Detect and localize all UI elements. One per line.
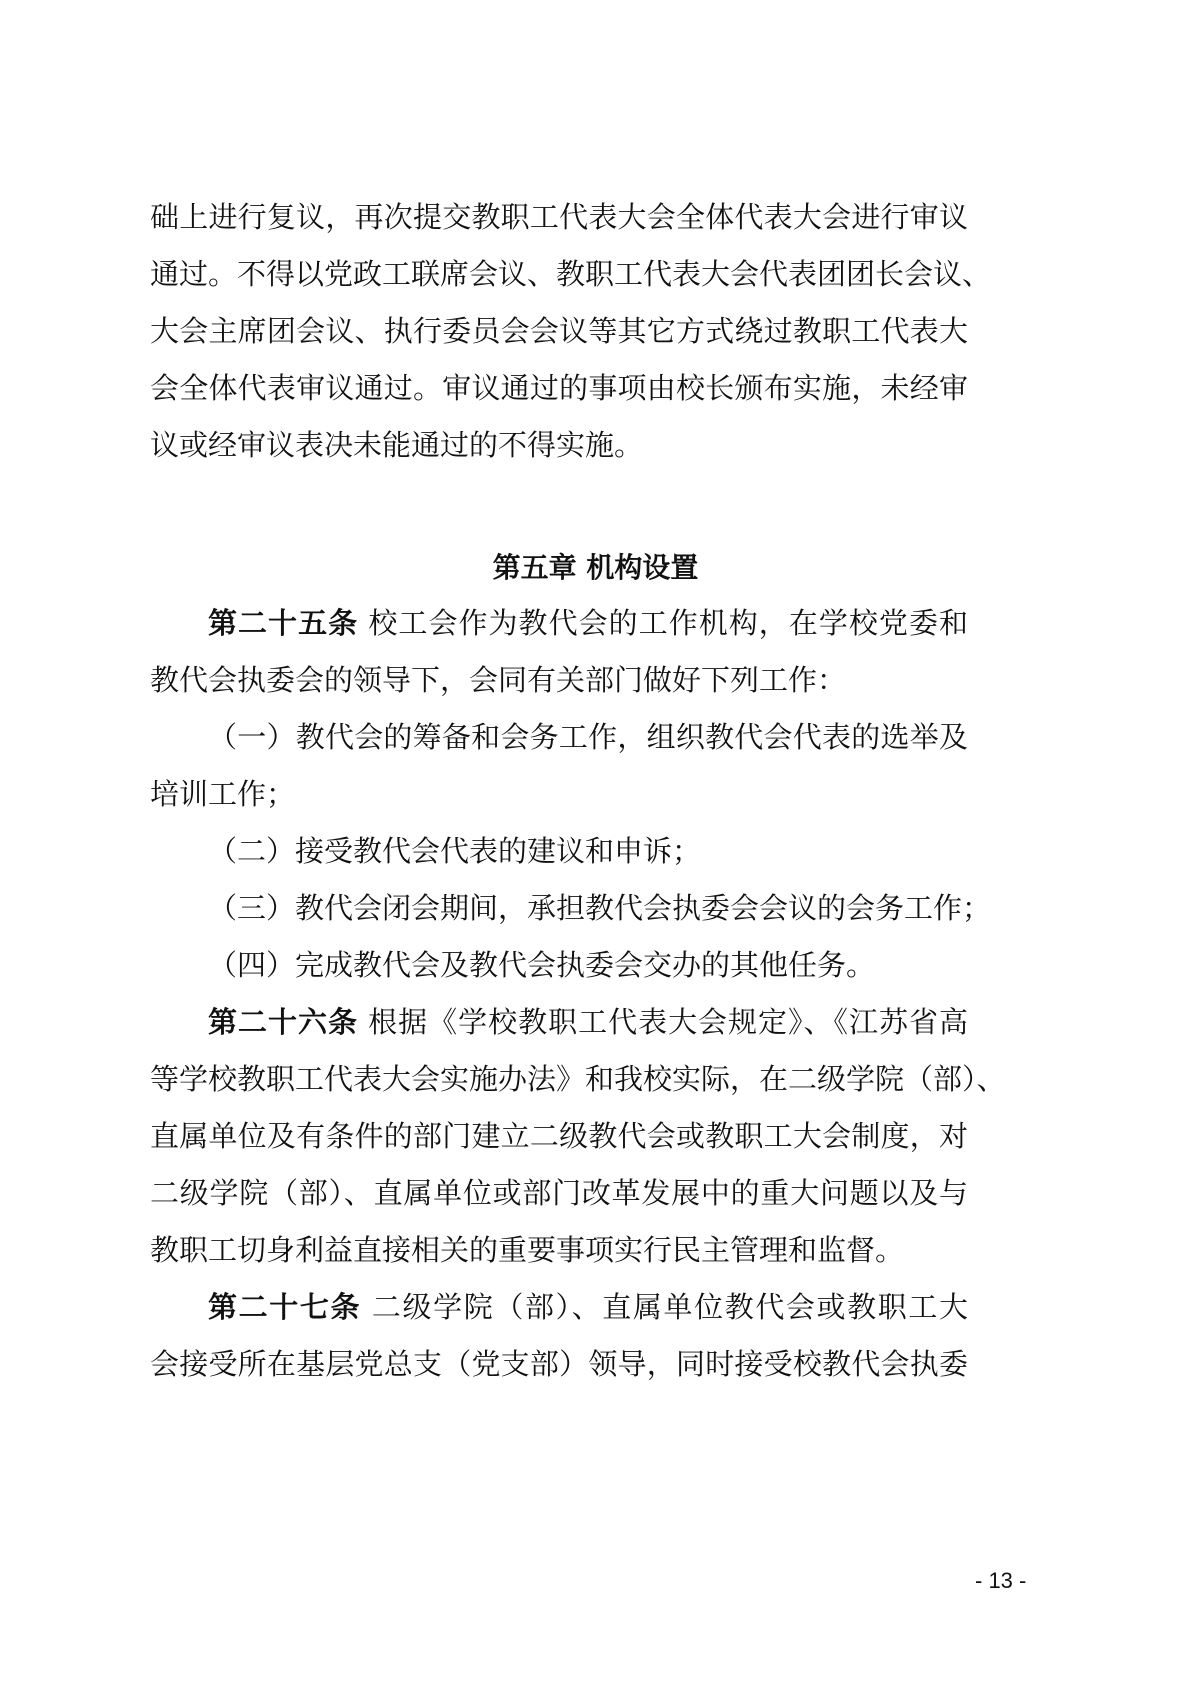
- document-page: 础上进行复议，再次提交教职工代表大会全体代表大会进行审议 通过。不得以党政工联席…: [0, 0, 1191, 1684]
- article-text: 根据《学校教职工代表大会规定》、《江苏省高: [358, 1005, 968, 1039]
- paragraph-line: 直属单位及有条件的部门建立二级教代会或教职工大会制度，对: [150, 1116, 968, 1156]
- paragraph-line: 大会主席团会议、执行委员会会议等其它方式绕过教职工代表大: [150, 311, 968, 351]
- article-26-first-line: 第二十六条 根据《学校教职工代表大会规定》、《江苏省高: [208, 1002, 968, 1042]
- article-27-first-line: 第二十七条 二级学院（部）、直属单位教代会或教职工大: [208, 1287, 968, 1327]
- article-label: 第二十五条: [208, 606, 358, 640]
- list-item-1: （一）教代会的筹备和会务工作，组织教代会代表的选举及: [208, 717, 968, 757]
- article-text: 二级学院（部）、直属单位教代会或教职工大: [361, 1290, 968, 1324]
- paragraph-line: 教职工切身利益直接相关的重要事项实行民主管理和监督。: [150, 1230, 968, 1270]
- paragraph-line: 会接受所在基层党总支（党支部）领导，同时接受校教代会执委: [150, 1344, 968, 1384]
- paragraph-line: 二级学院（部）、直属单位或部门改革发展中的重大问题以及与: [150, 1173, 968, 1213]
- paragraph-line: 教代会执委会的领导下，会同有关部门做好下列工作：: [150, 660, 968, 700]
- article-25-first-line: 第二十五条 校工会作为教代会的工作机构，在学校党委和: [208, 603, 968, 643]
- page-number: - 13 -: [975, 1566, 1055, 1596]
- paragraph-line: 础上进行复议，再次提交教职工代表大会全体代表大会进行审议: [150, 197, 968, 237]
- paragraph-line: 通过。不得以党政工联席会议、教职工代表大会代表团团长会议、: [150, 254, 968, 294]
- paragraph-line: 等学校教职工代表大会实施办法》和我校实际，在二级学院（部）、: [150, 1059, 968, 1099]
- list-item-3: （三）教代会闭会期间，承担教代会执委会会议的会务工作；: [208, 888, 968, 928]
- list-item-4: （四）完成教代会及教代会执委会交办的其他任务。: [208, 945, 968, 985]
- chapter-heading: 第五章 机构设置: [0, 548, 1191, 588]
- list-item-1-continued: 培训工作；: [150, 774, 968, 814]
- article-label: 第二十六条: [208, 1005, 358, 1039]
- list-item-2: （二）接受教代会代表的建议和申诉；: [208, 831, 968, 871]
- paragraph-line: 议或经审议表决未能通过的不得实施。: [150, 425, 968, 465]
- article-label: 第二十七条: [208, 1290, 361, 1324]
- article-text: 校工会作为教代会的工作机构，在学校党委和: [358, 606, 968, 640]
- paragraph-line: 会全体代表审议通过。审议通过的事项由校长颁布实施，未经审: [150, 368, 968, 408]
